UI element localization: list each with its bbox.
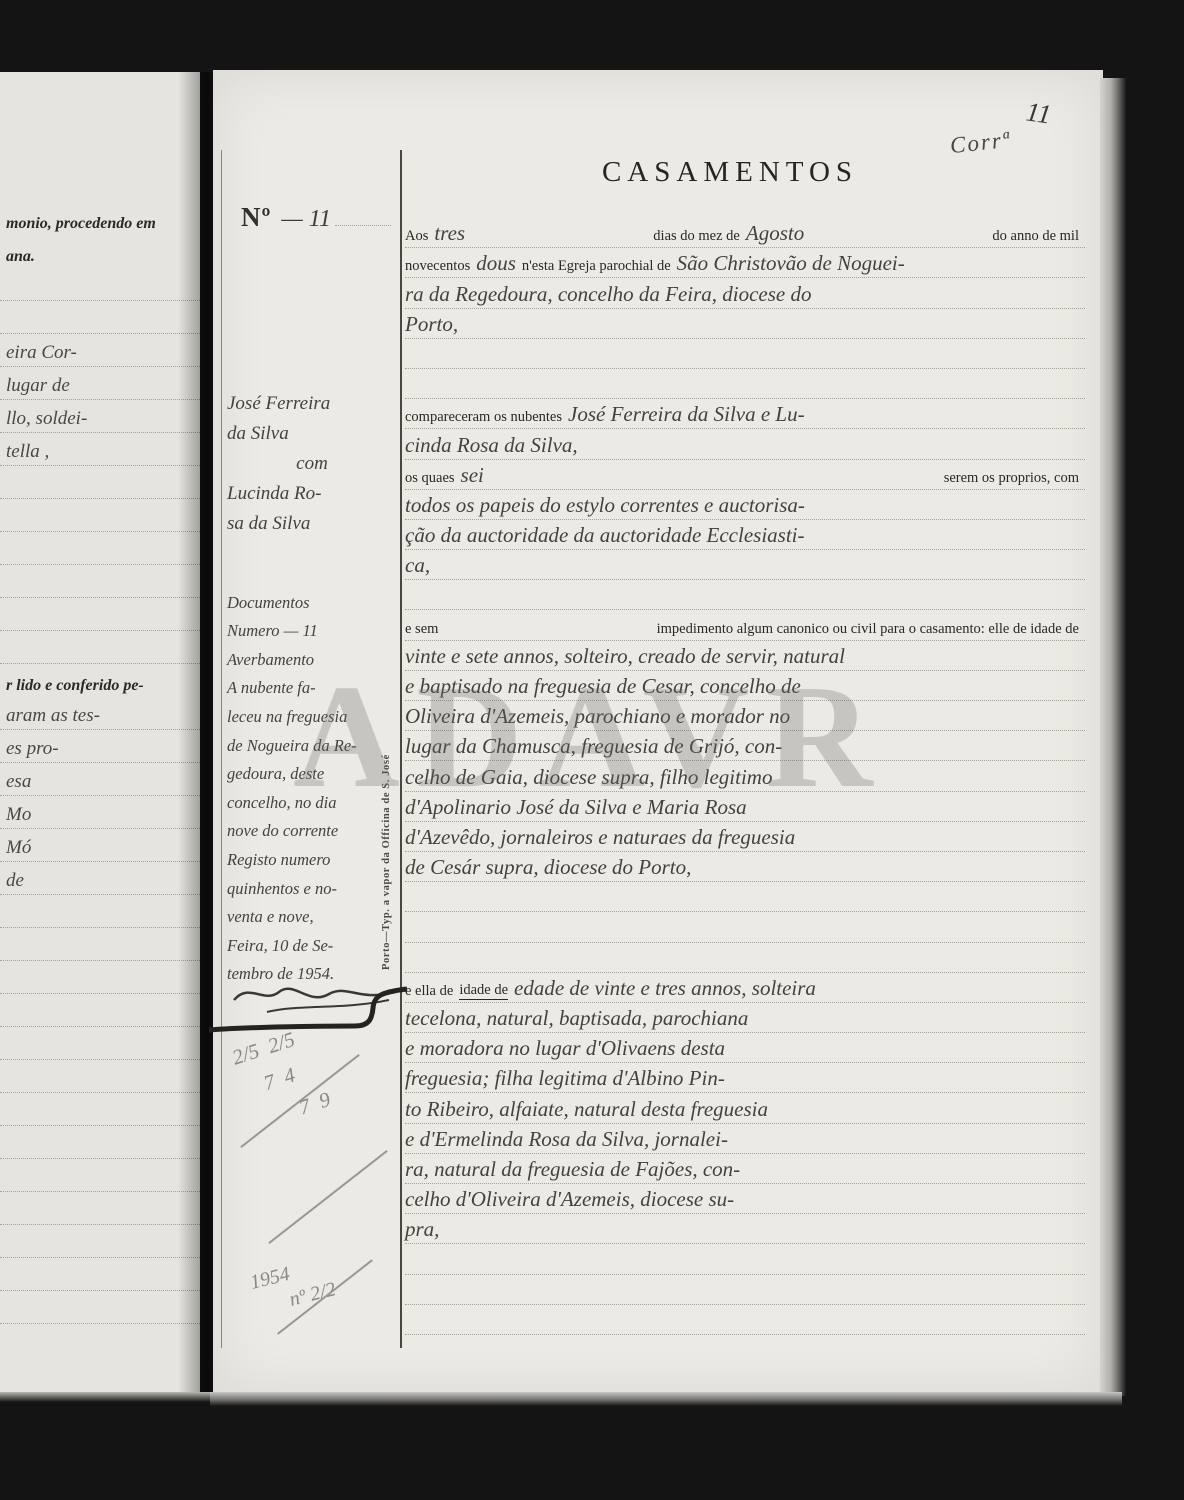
previous-page-text-line: ana. [0,235,200,268]
scanned-book-photo: { "page": { "page_number": "11", "corner… [0,0,1184,1500]
margin-text-line: leceu na freguesia [227,698,397,727]
handwritten-text: de [6,870,24,892]
handwritten-text: ra da Regedoura, concelho da Feira, dioc… [405,282,812,306]
printed-text: impedimento algum canonico ou civil para… [657,621,1079,638]
previous-page-text-line: Mo [0,796,200,829]
page-title: CASAMENTOS [405,156,1055,189]
printed-text: ana. [6,248,35,266]
dotted-rule-line [0,466,200,499]
printed-text: r lido e conferido pe- [6,677,144,695]
handwritten-text: tecelona, natural, baptisada, parochiana [405,1006,748,1030]
handwritten-text: llo, soldei- [6,408,87,430]
margin-text-line: A nubente fa- [227,670,397,699]
printed-text: novecentos [405,258,470,275]
record-text-line: vinte e sete annos, solteiro, creado de … [405,641,1085,671]
handwritten-text: eira Cor- [6,342,77,364]
record-number-label: Nº [241,202,271,233]
printed-text: serem os proprios, com [944,470,1079,487]
record-text-line: tecelona, natural, baptisada, parochiana [405,1003,1085,1033]
printed-text: e sem [405,621,438,638]
handwritten-text: Agosto [746,221,804,245]
handwritten-text: pra, [405,1217,439,1241]
dotted-rule-line [0,1060,200,1093]
handwritten-text: lugar da Chamusca, freguesia de Grijó, c… [405,734,782,758]
handwritten-text: freguesia; filha legitima d'Albino Pin- [405,1066,725,1090]
printed-text: n'esta Egreja parochial de [522,258,671,275]
dotted-rule-line [0,565,200,598]
previous-page-text-line: lugar de [0,367,200,400]
previous-page-text-line: monio, procedendo em [0,202,200,235]
record-text-line: ca, [405,550,1085,580]
dotted-rule-line [0,961,200,994]
printed-text: idade de [459,982,508,1000]
previous-page-text-line: esa [0,763,200,796]
dotted-rule-line [0,499,200,532]
dotted-rule [335,221,391,226]
margin-text-line: Documentos [227,584,397,613]
record-text-line: e baptisado na freguesia de Cesar, conce… [405,671,1085,701]
margin-text-line: Averbamento [227,641,397,670]
margin-text-line: Registo numero [227,841,397,870]
handwritten-text: d'Apolinario José da Silva e Maria Rosa [405,795,747,819]
record-text-line: cinda Rosa da Silva, [405,429,1085,459]
handwritten-text: e moradora no lugar d'Olivaens desta [405,1036,725,1060]
previous-page-fragment: monio, procedendo emana.eira Cor-lugar d… [0,72,200,1392]
record-text-line: celho d'Oliveira d'Azemeis, diocese su- [405,1184,1085,1214]
handwritten-text: e baptisado na freguesia de Cesar, conce… [405,674,801,698]
dotted-rule-line [0,1093,200,1126]
handwritten-text: to Ribeiro, alfaiate, natural desta freg… [405,1097,768,1121]
handwritten-text: es pro- [6,738,59,760]
dotted-rule-line [0,1225,200,1258]
dotted-rule-line [0,895,200,928]
printer-imprint-text: Porto—Typ. a vapor da Officina de S. Jos… [381,640,392,970]
dotted-rule-line [0,1291,200,1324]
handwritten-text: Mó [6,837,31,859]
margin-rule-left [221,150,222,1348]
margin-text-line: nove do corrente [227,813,397,842]
record-text-line: to Ribeiro, alfaiate, natural desta freg… [405,1093,1085,1123]
record-text-line [405,912,1085,942]
margin-text-line: Lucinda Ro- [227,475,397,505]
record-text-line: os quaesseiserem os proprios, com [405,460,1085,490]
record-text-line: pra, [405,1214,1085,1244]
printed-text: os quaes [405,470,455,487]
margin-couple-names: José Ferreirada SilvacomLucinda Ro-sa da… [227,385,397,535]
handwritten-text: edade de vinte e tres annos, solteira [514,976,816,1000]
handwritten-text: dous [476,251,516,275]
dotted-rule-line [0,1159,200,1192]
printed-text: do anno de mil [992,228,1079,245]
record-text-line: e ella deidade deedade de vinte e tres a… [405,973,1085,1003]
record-text-line: de Cesár supra, diocese do Porto, [405,852,1085,882]
margin-text-line: venta e nove, [227,899,397,928]
record-text-line [405,1275,1085,1305]
handwritten-text: e d'Ermelinda Rosa da Silva, jornalei- [405,1127,728,1151]
previous-page-text-line: aram as tes- [0,697,200,730]
printed-text: compareceram os nubentes [405,409,562,426]
record-text-line: novecentosdousn'esta Egreja parochial de… [405,248,1085,278]
pencil-slash [268,1150,387,1244]
handwritten-text: Mo [6,804,31,826]
record-text-line: ra da Regedoura, concelho da Feira, dioc… [405,278,1085,308]
margin-text-line: quinhentos e no- [227,870,397,899]
record-text-line [405,339,1085,369]
dotted-rule-line [0,994,200,1027]
previous-page-text-line: Mó [0,829,200,862]
page-bottom-edge [210,1392,1122,1406]
dotted-rule-line [0,1126,200,1159]
margin-text-line: concelho, no dia [227,784,397,813]
printed-text: monio, procedendo em [6,215,156,233]
handwritten-text: tella , [6,441,49,463]
handwritten-text: esa [6,771,31,793]
handwritten-text: ra, natural da freguesia de Fajões, con- [405,1157,740,1181]
margin-text-line: sa da Silva [227,505,397,535]
handwritten-text: Porto, [405,312,458,336]
margin-text-line: com [227,445,397,475]
record-text-line [405,943,1085,973]
handwritten-text: São Christovão de Noguei- [677,251,905,275]
handwritten-text: de Cesár supra, diocese do Porto, [405,855,691,879]
dotted-rule-line [0,1258,200,1291]
record-text-line: e semimpedimento algum canonico ou civil… [405,610,1085,640]
handwritten-text: Oliveira d'Azemeis, parochiano e morador… [405,704,790,728]
margin-text-line: Numero — 11 [227,613,397,642]
handwritten-text: ção da auctoridade da auctoridade Eccles… [405,523,805,547]
record-text-line: d'Apolinario José da Silva e Maria Rosa [405,792,1085,822]
margin-annotation: DocumentosNumero — 11AverbamentoA nubent… [227,584,397,984]
register-page: 11 Corrª CASAMENTOS Nº — 11 José Ferreir… [213,70,1103,1395]
record-text-line: compareceram os nubentesJosé Ferreira da… [405,399,1085,429]
margin-text-line: de Nogueira da Re- [227,727,397,756]
printed-text: e ella de [405,983,453,1000]
column-divider-rule [400,150,402,1348]
dotted-rule-line [0,268,200,301]
previous-page-text-line: llo, soldei- [0,400,200,433]
record-text-line: freguesia; filha legitima d'Albino Pin- [405,1063,1085,1093]
pencil-notes-bottom: 1954nº 2/2 [248,1253,339,1323]
handwritten-text: cinda Rosa da Silva, [405,433,578,457]
record-text-line: Aostresdias do mez deAgostodo anno de mi… [405,218,1085,248]
previous-page-text-line: eira Cor- [0,334,200,367]
previous-page-text-line: es pro- [0,730,200,763]
page-bottom-edge-left [0,1392,210,1402]
handwritten-text: ca, [405,553,430,577]
page-number: 11 [1024,96,1053,130]
corner-annotation: Corrª [949,127,1012,159]
record-text-line [405,1305,1085,1335]
handwritten-text: vinte e sete annos, solteiro, creado de … [405,644,845,668]
handwritten-text: celho d'Oliveira d'Azemeis, diocese su- [405,1187,734,1211]
handwritten-text: lugar de [6,375,70,397]
record-text-line: lugar da Chamusca, freguesia de Grijó, c… [405,731,1085,761]
handwritten-text: tres [434,221,465,245]
record-text-line: d'Azevêdo, jornaleiros e naturaes da fre… [405,822,1085,852]
dotted-rule-line [0,928,200,961]
record-number-value: — 11 [281,206,331,233]
dotted-rule-line [0,1192,200,1225]
record-text-line [405,580,1085,610]
record-text-line: todos os papeis do estylo correntes e au… [405,490,1085,520]
handwritten-text: todos os papeis do estylo correntes e au… [405,493,805,517]
margin-text-line: José Ferreira [227,385,397,415]
margin-text-line: gedoura, deste [227,756,397,785]
handwritten-text: aram as tes- [6,705,100,727]
handwritten-text: José Ferreira da Silva e Lu- [568,402,805,426]
dotted-rule-line [0,1027,200,1060]
printed-text: dias do mez de [653,228,740,245]
record-number: Nº — 11 [241,202,391,233]
record-text-line: ra, natural da freguesia de Fajões, con- [405,1154,1085,1184]
record-body: Aostresdias do mez deAgostodo anno de mi… [405,218,1085,1335]
handwritten-text: sei [461,463,484,487]
previous-page-text-line: de [0,862,200,895]
record-text-line: Oliveira d'Azemeis, parochiano e morador… [405,701,1085,731]
dotted-rule-line [0,598,200,631]
handwritten-text: d'Azevêdo, jornaleiros e naturaes da fre… [405,825,795,849]
record-text-line: e d'Ermelinda Rosa da Silva, jornalei- [405,1124,1085,1154]
record-text-line [405,1244,1085,1274]
record-text-line: e moradora no lugar d'Olivaens desta [405,1033,1085,1063]
printed-text: Aos [405,228,428,245]
record-text-line [405,369,1085,399]
margin-text-line: Feira, 10 de Se- [227,927,397,956]
record-text-line: ção da auctoridade da auctoridade Eccles… [405,520,1085,550]
record-text-line [405,882,1085,912]
dotted-rule-line [0,631,200,664]
previous-page-text-line: tella , [0,433,200,466]
record-text-line: celho de Gaia, diocese supra, filho legi… [405,761,1085,791]
page-stack-edge [1100,78,1126,1396]
dotted-rule-line [0,301,200,334]
previous-page-text-line: r lido e conferido pe- [0,664,200,697]
dotted-rule-line [0,532,200,565]
handwritten-text: celho de Gaia, diocese supra, filho legi… [405,765,772,789]
margin-text-line: da Silva [227,415,397,445]
record-text-line: Porto, [405,309,1085,339]
